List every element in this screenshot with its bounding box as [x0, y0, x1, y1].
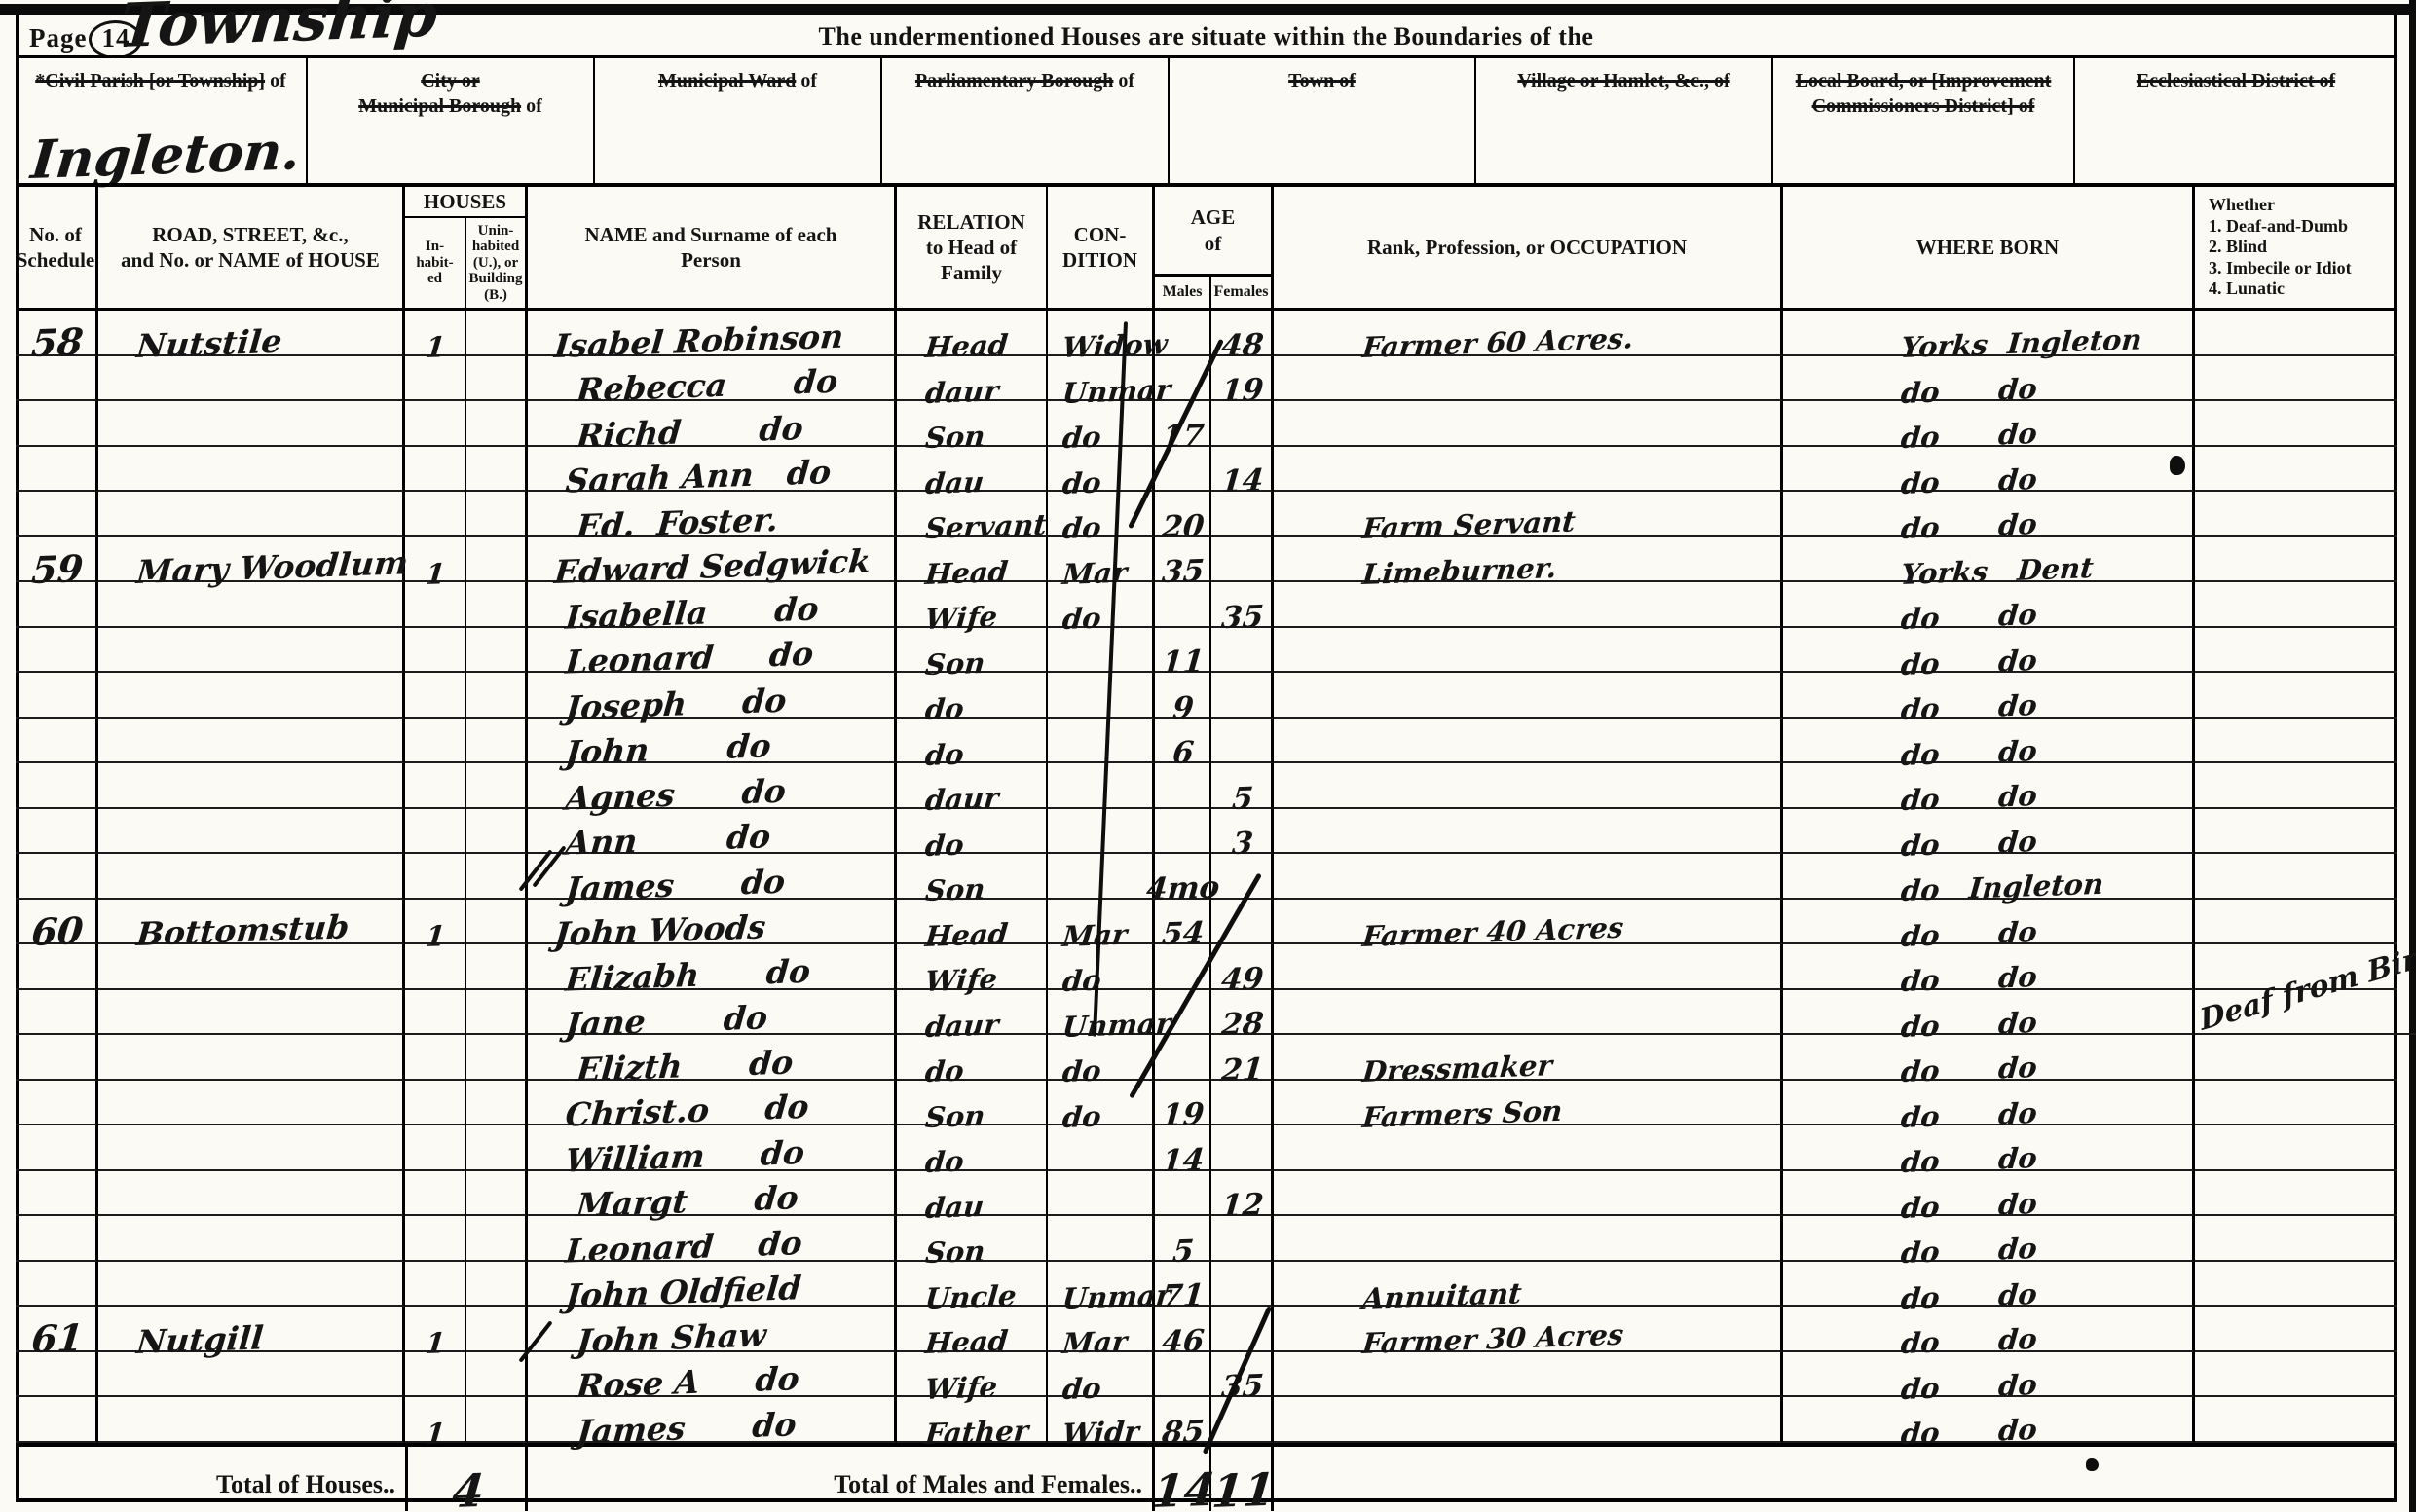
cell-road [98, 673, 405, 719]
cell-rel: do [897, 809, 1048, 855]
cell-occ [1274, 1352, 1783, 1398]
cell-m [1155, 582, 1211, 628]
cell-road [98, 1125, 405, 1171]
census-page: Page14 Township The undermentioned House… [0, 0, 2416, 1512]
cell-sch: 59 [16, 537, 98, 583]
cell-road [98, 447, 405, 493]
cell-inf: Deaf from Birth [2195, 990, 2416, 1036]
cell-occ [1274, 719, 1783, 764]
cell-born: Yorks Dent [1783, 537, 2195, 583]
boundary-town: Town of [1170, 58, 1476, 186]
cell-road: Mary Woodlum [98, 537, 405, 583]
cell-inh [405, 401, 466, 447]
cell-m: 6 [1155, 719, 1211, 764]
cell-occ [1274, 582, 1783, 628]
cell-rel: daur [897, 356, 1048, 402]
cell-cond: do [1048, 944, 1155, 990]
cell-road [98, 582, 405, 628]
cell-f: 21 [1211, 1035, 1274, 1081]
table-row: 59Mary Woodlum1Edward SedgwickHeadMar35L… [16, 537, 2397, 583]
boundary-local-board: Local Board, or [Improvement Commissione… [1773, 58, 2075, 186]
cell-cond [1048, 628, 1155, 674]
table-row: Jane dodaurUnmar28do doDeaf from Birth [16, 990, 2397, 1036]
cell-cond [1048, 1171, 1155, 1217]
cell-name: Richd do [528, 401, 897, 447]
cell-inh [405, 809, 466, 855]
cell-f [1211, 673, 1274, 719]
cell-cond: Widow [1048, 311, 1155, 356]
cell-inh [405, 719, 466, 764]
cell-road: Nutstile [98, 311, 405, 356]
cell-rel: Son [897, 854, 1048, 900]
cell-cond: Widr [1048, 1397, 1155, 1443]
cell-occ [1274, 1397, 1783, 1443]
cell-cond: Unmar [1048, 1262, 1155, 1308]
cell-m [1155, 990, 1211, 1036]
cell-m [1155, 1171, 1211, 1217]
cell-rel: daur [897, 763, 1048, 809]
col-header-schedule: No. of Schedule [16, 187, 98, 308]
cell-born: do do [1783, 401, 2195, 447]
cell-name: Ann do [528, 809, 897, 855]
title-band: Page14 Township The undermentioned House… [16, 15, 2397, 55]
cell-inf [2195, 1035, 2397, 1081]
boundary-civil-parish: *Civil Parish [or Township] of Ingleton. [16, 58, 308, 186]
cell-f: 5 [1211, 763, 1274, 809]
cell-occ [1274, 1125, 1783, 1171]
cell-occ: Farm Servant [1274, 492, 1783, 537]
cell-occ [1274, 673, 1783, 719]
cell-uninh [466, 537, 528, 583]
cell-born: do do [1783, 809, 2195, 855]
cell-occ [1274, 809, 1783, 855]
cell-name: Elizth do [528, 1035, 897, 1081]
table-row: Leonard doSon11do do [16, 628, 2397, 674]
cell-f [1211, 1125, 1274, 1171]
table-row: Sarah Ann dodaudo14do do [16, 447, 2397, 493]
cell-road [98, 809, 405, 855]
cell-rel: do [897, 1125, 1048, 1171]
cell-born: do do [1783, 900, 2195, 945]
civil-parish-value: Ingleton. [29, 128, 302, 184]
cell-inh [405, 673, 466, 719]
cell-m [1155, 763, 1211, 809]
cell-m: 4mo [1155, 854, 1211, 900]
table-body: 58Nutstile1Isabel RobinsonHeadWidow48Far… [16, 311, 2397, 1443]
cell-inh: 1 [405, 1307, 466, 1352]
cell-sch [16, 763, 98, 809]
cell-uninh [466, 900, 528, 945]
cell-occ [1274, 763, 1783, 809]
cell-name: William do [528, 1125, 897, 1171]
cell-road [98, 1397, 405, 1443]
cell-sch [16, 1397, 98, 1443]
cell-born: do do [1783, 1307, 2195, 1352]
table-row: Isabella doWifedo35do do [16, 582, 2397, 628]
cell-uninh [466, 582, 528, 628]
table-row: Ed. Foster.Servantdo20Farm Servantdo do [16, 492, 2397, 537]
cell-road [98, 492, 405, 537]
cell-inh [405, 447, 466, 493]
cell-uninh [466, 673, 528, 719]
cell-born: do do [1783, 1125, 2195, 1171]
cell-uninh [466, 854, 528, 900]
cell-m: 71 [1155, 1262, 1211, 1308]
cell-occ [1274, 944, 1783, 990]
cell-born: do do [1783, 1397, 2195, 1443]
table-row: John OldfieldUncleUnmar71Annuitantdo do [16, 1262, 2397, 1308]
cell-occ [1274, 990, 1783, 1036]
cell-sch [16, 492, 98, 537]
cell-f: 14 [1211, 447, 1274, 493]
table-row: 58Nutstile1Isabel RobinsonHeadWidow48Far… [16, 311, 2397, 356]
table-row: James doSon4modo Ingleton [16, 854, 2397, 900]
cell-name: John Shaw [528, 1307, 897, 1352]
township-scrawl: Township [118, 0, 439, 54]
cell-m: 14 [1155, 1125, 1211, 1171]
civil-parish-label-struck: *Civil Parish [or Township] [35, 70, 265, 92]
ink-blot-right [2170, 456, 2185, 475]
table-row: 61Nutgill1 John ShawHeadMar46Farmer 30 A… [16, 1307, 2397, 1352]
boundary-municipal-ward: Municipal Ward of [595, 58, 882, 186]
cell-occ [1274, 447, 1783, 493]
cell-inf [2195, 1081, 2397, 1126]
cell-road [98, 944, 405, 990]
cell-cond: Unmar [1048, 990, 1155, 1036]
cell-f [1211, 1081, 1274, 1126]
cell-inf [2195, 809, 2397, 855]
cell-road [98, 763, 405, 809]
cell-inf [2195, 537, 2397, 583]
cell-occ [1274, 854, 1783, 900]
table-row: Rose A doWifedo35do do [16, 1352, 2397, 1398]
cell-sch [16, 854, 98, 900]
cell-cond [1048, 763, 1155, 809]
cell-road [98, 1262, 405, 1308]
cell-uninh [466, 1307, 528, 1352]
cell-cond [1048, 673, 1155, 719]
cell-inh [405, 1262, 466, 1308]
cell-uninh [466, 1171, 528, 1217]
cell-sch [16, 356, 98, 402]
cell-road [98, 1216, 405, 1262]
cell-cond [1048, 1216, 1155, 1262]
cell-occ: Farmers Son [1274, 1081, 1783, 1126]
cell-uninh [466, 809, 528, 855]
cell-m: 11 [1155, 628, 1211, 674]
cell-born: do do [1783, 447, 2195, 493]
cell-uninh [466, 492, 528, 537]
cell-m: 5 [1155, 1216, 1211, 1262]
cell-inh [405, 492, 466, 537]
col-header-name: NAME and Surname of each Person [528, 187, 897, 308]
cell-cond [1048, 719, 1155, 764]
cell-inh [405, 763, 466, 809]
cell-born: do do [1783, 356, 2195, 402]
cell-occ: Annuitant [1274, 1262, 1783, 1308]
cell-f [1211, 628, 1274, 674]
boundary-ecclesiastical-district: Ecclesiastical District of [2075, 58, 2397, 186]
cell-m: 19 [1155, 1081, 1211, 1126]
cell-m [1155, 809, 1211, 855]
cell-inh [405, 582, 466, 628]
cell-uninh [466, 311, 528, 356]
cell-name: Rose A do [528, 1352, 897, 1398]
cell-name: Elizabh do [528, 944, 897, 990]
cell-inf [2195, 628, 2397, 674]
cell-sch [16, 719, 98, 764]
cell-inf [2195, 447, 2397, 493]
cell-inh [405, 628, 466, 674]
table-row: 60Bottomstub1John WoodsHeadMar54Farmer 4… [16, 900, 2397, 945]
cell-occ: Dressmaker [1274, 1035, 1783, 1081]
cell-f: 3 [1211, 809, 1274, 855]
cell-born: do do [1783, 1352, 2195, 1398]
cell-f [1211, 1262, 1274, 1308]
total-males-females-label: Total of Males and Females.. [528, 1447, 1155, 1511]
cell-m: 85 [1155, 1397, 1211, 1443]
cell-road: Nutgill [98, 1307, 405, 1352]
cell-sch [16, 628, 98, 674]
table-row: John dodo6do do [16, 719, 2397, 764]
cell-road [98, 990, 405, 1036]
cell-inf [2195, 763, 2397, 809]
cell-f: 49 [1211, 944, 1274, 990]
cell-cond: Unmar [1048, 356, 1155, 402]
cell-inh [405, 1352, 466, 1398]
cell-inh [405, 944, 466, 990]
cell-rel: Son [897, 628, 1048, 674]
cell-name: Ed. Foster. [528, 492, 897, 537]
col-header-age: AGE of Males Females [1155, 187, 1274, 308]
cell-born: do do [1783, 719, 2195, 764]
cell-f: 48 [1211, 311, 1274, 356]
cell-f: 19 [1211, 356, 1274, 402]
ink-blot-bottom [2086, 1458, 2099, 1471]
col-header-uninhabited: Unin- habited (U.), or Building (B.) [466, 218, 525, 308]
cell-cond: Mar [1048, 1307, 1155, 1352]
cell-uninh [466, 1035, 528, 1081]
total-males-value: 14 [1155, 1447, 1211, 1511]
cell-road [98, 719, 405, 764]
cell-inf [2195, 719, 2397, 764]
cell-uninh [466, 719, 528, 764]
cell-cond: do [1048, 401, 1155, 447]
cell-rel: dau [897, 1171, 1048, 1217]
cell-f [1211, 492, 1274, 537]
cell-sch [16, 1352, 98, 1398]
cell-rel: Head [897, 311, 1048, 356]
cell-inf [2195, 1397, 2397, 1443]
cell-f [1211, 1216, 1274, 1262]
cell-inf [2195, 356, 2397, 402]
cell-name: Agnes do [528, 763, 897, 809]
cell-sch: 58 [16, 311, 98, 356]
col-header-infirmities: Whether 1. Deaf-and-Dumb 2. Blind 3. Imb… [2195, 187, 2397, 308]
cell-f: 35 [1211, 1352, 1274, 1398]
cell-name: Leonard do [528, 628, 897, 674]
cell-rel: Father [897, 1397, 1048, 1443]
cell-rel: Uncle [897, 1262, 1048, 1308]
cell-road [98, 1352, 405, 1398]
cell-cond: Mar [1048, 537, 1155, 583]
cell-born: do Ingleton [1783, 854, 2195, 900]
cell-uninh [466, 356, 528, 402]
cell-m [1155, 311, 1211, 356]
cell-m: 9 [1155, 673, 1211, 719]
col-header-where-born: WHERE BORN [1783, 187, 2195, 308]
cell-road [98, 401, 405, 447]
cell-rel: do [897, 673, 1048, 719]
cell-m: 54 [1155, 900, 1211, 945]
cell-name: James do [528, 1397, 897, 1443]
cell-inh [405, 854, 466, 900]
table-row: Christ.o doSondo19Farmers Sondo do [16, 1081, 2397, 1126]
cell-uninh [466, 1216, 528, 1262]
cell-road [98, 628, 405, 674]
col-header-houses: HOUSES In- habit- ed Unin- habited (U.),… [405, 187, 528, 308]
cell-sch [16, 809, 98, 855]
cell-sch [16, 944, 98, 990]
cell-name: John do [528, 719, 897, 764]
col-header-males: Males [1155, 277, 1211, 308]
cell-occ [1274, 356, 1783, 402]
cell-born: Yorks Ingleton [1783, 311, 2195, 356]
cell-sch [16, 1081, 98, 1126]
cell-inh: 1 [405, 1397, 466, 1443]
cell-cond: do [1048, 582, 1155, 628]
cell-rel: Head [897, 537, 1048, 583]
cell-rel: Servant [897, 492, 1048, 537]
cell-sch: 60 [16, 900, 98, 945]
cell-name: Isabel Robinson [528, 311, 897, 356]
cell-sch [16, 990, 98, 1036]
cell-born: do do [1783, 1216, 2195, 1262]
cell-name: James do [528, 854, 897, 900]
cell-inh: 1 [405, 537, 466, 583]
boundary-parliamentary-borough: Parliamentary Borough of [882, 58, 1170, 186]
cell-cond: do [1048, 1035, 1155, 1081]
cell-born: do do [1783, 1035, 2195, 1081]
cell-f [1211, 719, 1274, 764]
cell-inf [2195, 900, 2397, 945]
cell-name: Jane do [528, 990, 897, 1036]
cell-sch [16, 1216, 98, 1262]
cell-road [98, 356, 405, 402]
cell-m: 46 [1155, 1307, 1211, 1352]
cell-born: do do [1783, 944, 2195, 990]
cell-inf [2195, 854, 2397, 900]
boundary-header-band: *Civil Parish [or Township] of Ingleton.… [16, 55, 2397, 186]
cell-occ: Farmer 30 Acres [1274, 1307, 1783, 1352]
table-row: Rebecca dodaurUnmar19do do [16, 356, 2397, 402]
cell-sch [16, 673, 98, 719]
cell-sch [16, 401, 98, 447]
cell-name: John Woods [528, 900, 897, 945]
total-houses-label: Total of Houses.. [16, 1447, 405, 1511]
cell-uninh [466, 1397, 528, 1443]
cell-inh [405, 356, 466, 402]
cell-born: do do [1783, 763, 2195, 809]
cell-inf [2195, 1171, 2397, 1217]
table-row: William dodo14do do [16, 1125, 2397, 1171]
cell-m: 35 [1155, 537, 1211, 583]
cell-sch [16, 1262, 98, 1308]
cell-born: do do [1783, 1262, 2195, 1308]
col-header-occupation: Rank, Profession, or OCCUPATION [1274, 187, 1783, 308]
total-females-value: 11 [1211, 1447, 1274, 1511]
totals-empty [1274, 1447, 2397, 1511]
col-header-condition: CON- DITION [1048, 187, 1155, 308]
cell-rel: Son [897, 1081, 1048, 1126]
cell-name: Margt do [528, 1171, 897, 1217]
cell-road [98, 1035, 405, 1081]
cell-inh [405, 1216, 466, 1262]
cell-rel: Son [897, 1216, 1048, 1262]
cell-inf [2195, 673, 2397, 719]
cell-inf [2195, 1307, 2397, 1352]
cell-inf [2195, 311, 2397, 356]
cell-born: do do [1783, 990, 2195, 1036]
table-row: Margt dodau12do do [16, 1171, 2397, 1217]
cell-f: 12 [1211, 1171, 1274, 1217]
cell-name: Christ.o do [528, 1081, 897, 1126]
cell-inh [405, 1125, 466, 1171]
boundary-municipal-borough: City or Municipal Borough of [308, 58, 595, 186]
cell-name: Edward Sedgwick [528, 537, 897, 583]
cell-rel: Head [897, 1307, 1048, 1352]
cell-inh: 1 [405, 900, 466, 945]
cell-born: do do [1783, 1081, 2195, 1126]
cell-uninh [466, 1125, 528, 1171]
cell-name: Joseph do [528, 673, 897, 719]
cell-road [98, 854, 405, 900]
cell-born: do do [1783, 1171, 2195, 1217]
cell-rel: daur [897, 990, 1048, 1036]
table-row: 1 James doFatherWidr85do do [16, 1397, 2397, 1443]
cell-name: Isabella do [528, 582, 897, 628]
cell-name: Sarah Ann do [528, 447, 897, 493]
col-header-inhabited: In- habit- ed [405, 218, 466, 308]
cell-rel: do [897, 719, 1048, 764]
cell-occ: Limeburner. [1274, 537, 1783, 583]
cell-cond: do [1048, 1352, 1155, 1398]
cell-born: do do [1783, 492, 2195, 537]
scan-right-edge [2409, 0, 2416, 1512]
cell-sch [16, 447, 98, 493]
cell-inh [405, 990, 466, 1036]
table-header: No. of Schedule ROAD, STREET, &c., and N… [16, 187, 2397, 311]
cell-uninh [466, 628, 528, 674]
cell-f: 28 [1211, 990, 1274, 1036]
cell-inf [2195, 582, 2397, 628]
cell-inh [405, 1035, 466, 1081]
cell-occ [1274, 401, 1783, 447]
col-header-females: Females [1211, 277, 1271, 308]
col-header-road: ROAD, STREET, &c., and No. or NAME of HO… [98, 187, 405, 308]
cell-occ: Farmer 40 Acres [1274, 900, 1783, 945]
cell-occ [1274, 628, 1783, 674]
cell-sch [16, 582, 98, 628]
cell-inf [2195, 1216, 2397, 1262]
cell-sch: 61 [16, 1307, 98, 1352]
enumeration-table: No. of Schedule ROAD, STREET, &c., and N… [16, 183, 2397, 1511]
cell-road [98, 1171, 405, 1217]
cell-inh [405, 1081, 466, 1126]
cell-occ: Farmer 60 Acres. [1274, 311, 1783, 356]
cell-uninh [466, 763, 528, 809]
col-header-relation: RELATION to Head of Family [897, 187, 1048, 308]
